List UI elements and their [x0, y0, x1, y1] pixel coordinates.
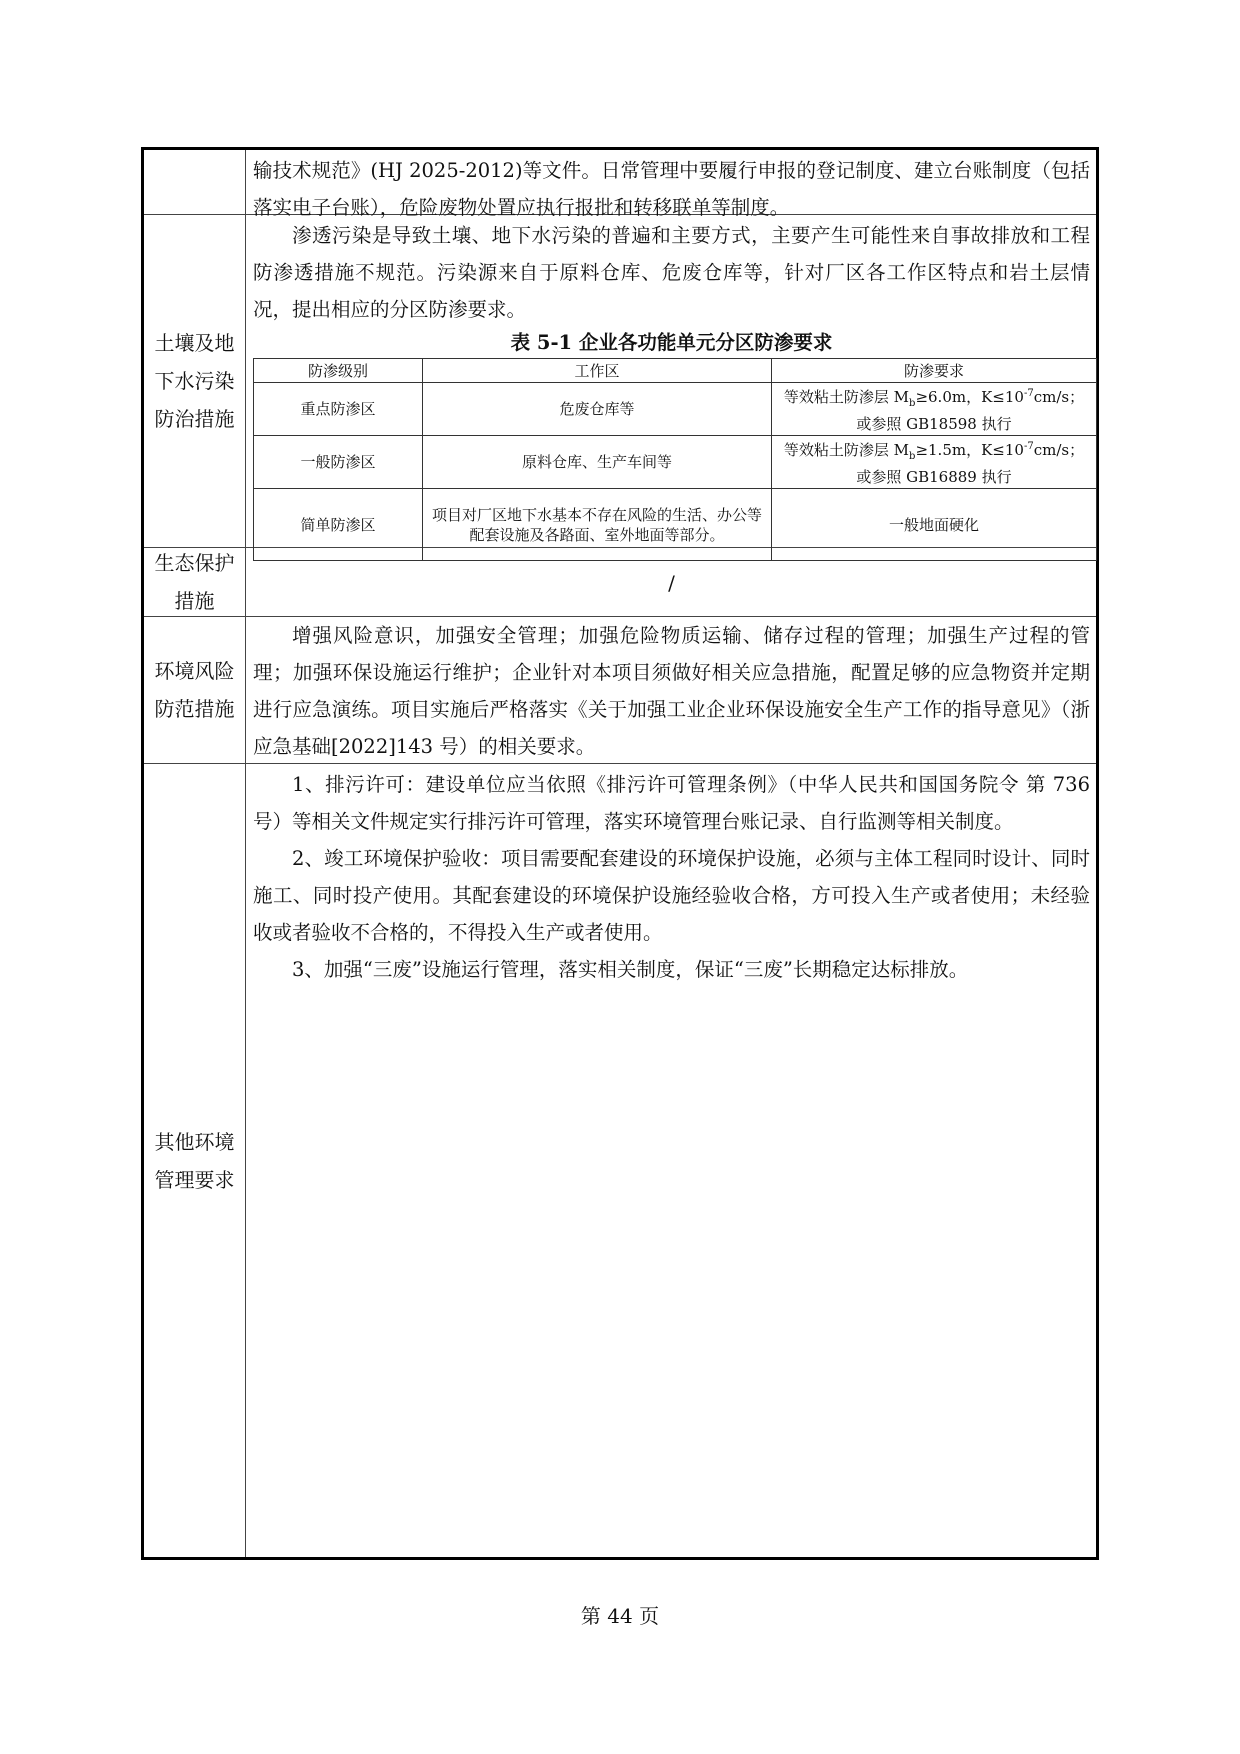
req-text: cm/s； [1034, 441, 1084, 459]
header-cell: 防渗级别 [254, 359, 423, 383]
row-soil-groundwater: 土壤及地下水污染防治措施 渗透污染是导致土壤、地下水污染的普遍和主要方式，主要产… [144, 215, 1096, 548]
cell-level: 一般防渗区 [254, 436, 423, 489]
row-label: 环境风险防范措施 [144, 617, 246, 763]
req-text: 等效粘土防渗层 M [784, 388, 909, 406]
row-environmental-risk: 环境风险防范措施 增强风险意识，加强安全管理；加强危险物质运输、储存过程的管理；… [144, 617, 1096, 764]
table-row: 一般防渗区 原料仓库、生产车间等 等效粘土防渗层 Mb≥1.5m，K≤10-7c… [254, 436, 1097, 489]
row-ecological-protection: 生态保护措施 / [144, 548, 1096, 617]
not-applicable-mark: / [253, 550, 1090, 616]
row-content: / [247, 548, 1096, 616]
cell-area: 危废仓库等 [423, 383, 772, 436]
row-content: 渗透污染是导致土壤、地下水污染的普遍和主要方式，主要产生可能性来自事故排放和工程… [247, 215, 1096, 547]
req-text: 或参照 GB16889 执行 [856, 468, 1011, 486]
req-text: ≥6.0m，K≤10 [915, 388, 1024, 406]
table-row: 重点防渗区 危废仓库等 等效粘土防渗层 Mb≥6.0m，K≤10-7cm/s； … [254, 383, 1097, 436]
page-number: 第 44 页 [0, 1600, 1240, 1629]
row-content: 增强风险意识，加强安全管理；加强危险物质运输、储存过程的管理；加强生产过程的管理… [247, 617, 1096, 763]
row-label: 生态保护措施 [144, 548, 246, 616]
row-hazardous-waste-continuation: 输技术规范》(HJ 2025-2012)等文件。日常管理中要履行申报的登记制度、… [144, 150, 1096, 215]
req-text: cm/s； [1034, 388, 1084, 406]
row-content: 1、排污许可：建设单位应当依照《排污许可管理条例》（中华人民共和国国务院令 第 … [247, 764, 1096, 1557]
cell-area: 原料仓库、生产车间等 [423, 436, 772, 489]
row-label [144, 150, 246, 214]
paragraph: 3、加强“三废”设施运行管理，落实相关制度，保证“三废”长期稳定达标排放。 [253, 951, 1090, 988]
table-header-row: 防渗级别 工作区 防渗要求 [254, 359, 1097, 383]
paragraph: 1、排污许可：建设单位应当依照《排污许可管理条例》（中华人民共和国国务院令 第 … [253, 766, 1090, 840]
req-text: 或参照 GB18598 执行 [856, 415, 1011, 433]
cell-requirement: 等效粘土防渗层 Mb≥6.0m，K≤10-7cm/s； 或参照 GB18598 … [772, 383, 1097, 436]
seepage-requirements-table: 防渗级别 工作区 防渗要求 重点防渗区 危废仓库等 等效粘土防渗层 Mb≥6.0… [253, 358, 1097, 561]
paragraph: 增强风险意识，加强安全管理；加强危险物质运输、储存过程的管理；加强生产过程的管理… [253, 617, 1090, 765]
paragraph: 渗透污染是导致土壤、地下水污染的普遍和主要方式，主要产生可能性来自事故排放和工程… [253, 217, 1090, 328]
row-other-management: 其他环境管理要求 1、排污许可：建设单位应当依照《排污许可管理条例》（中华人民共… [144, 764, 1096, 1557]
req-sup: -7 [1024, 441, 1034, 452]
cell-requirement: 等效粘土防渗层 Mb≥1.5m，K≤10-7cm/s； 或参照 GB16889 … [772, 436, 1097, 489]
req-text: ≥1.5m，K≤10 [915, 441, 1024, 459]
header-cell: 工作区 [423, 359, 772, 383]
row-label: 其他环境管理要求 [144, 764, 246, 1557]
header-cell: 防渗要求 [772, 359, 1097, 383]
req-sup: -7 [1024, 388, 1034, 399]
cell-level: 重点防渗区 [254, 383, 423, 436]
paragraph: 2、竣工环境保护验收：项目需要配套建设的环境保护设施，必须与主体工程同时设计、同… [253, 840, 1090, 951]
table-caption: 表 5-1 企业各功能单元分区防渗要求 [253, 328, 1090, 358]
measures-table: 输技术规范》(HJ 2025-2012)等文件。日常管理中要履行申报的登记制度、… [141, 147, 1099, 1560]
row-content: 输技术规范》(HJ 2025-2012)等文件。日常管理中要履行申报的登记制度、… [247, 150, 1096, 214]
row-label: 土壤及地下水污染防治措施 [144, 215, 246, 547]
req-text: 等效粘土防渗层 M [784, 441, 909, 459]
